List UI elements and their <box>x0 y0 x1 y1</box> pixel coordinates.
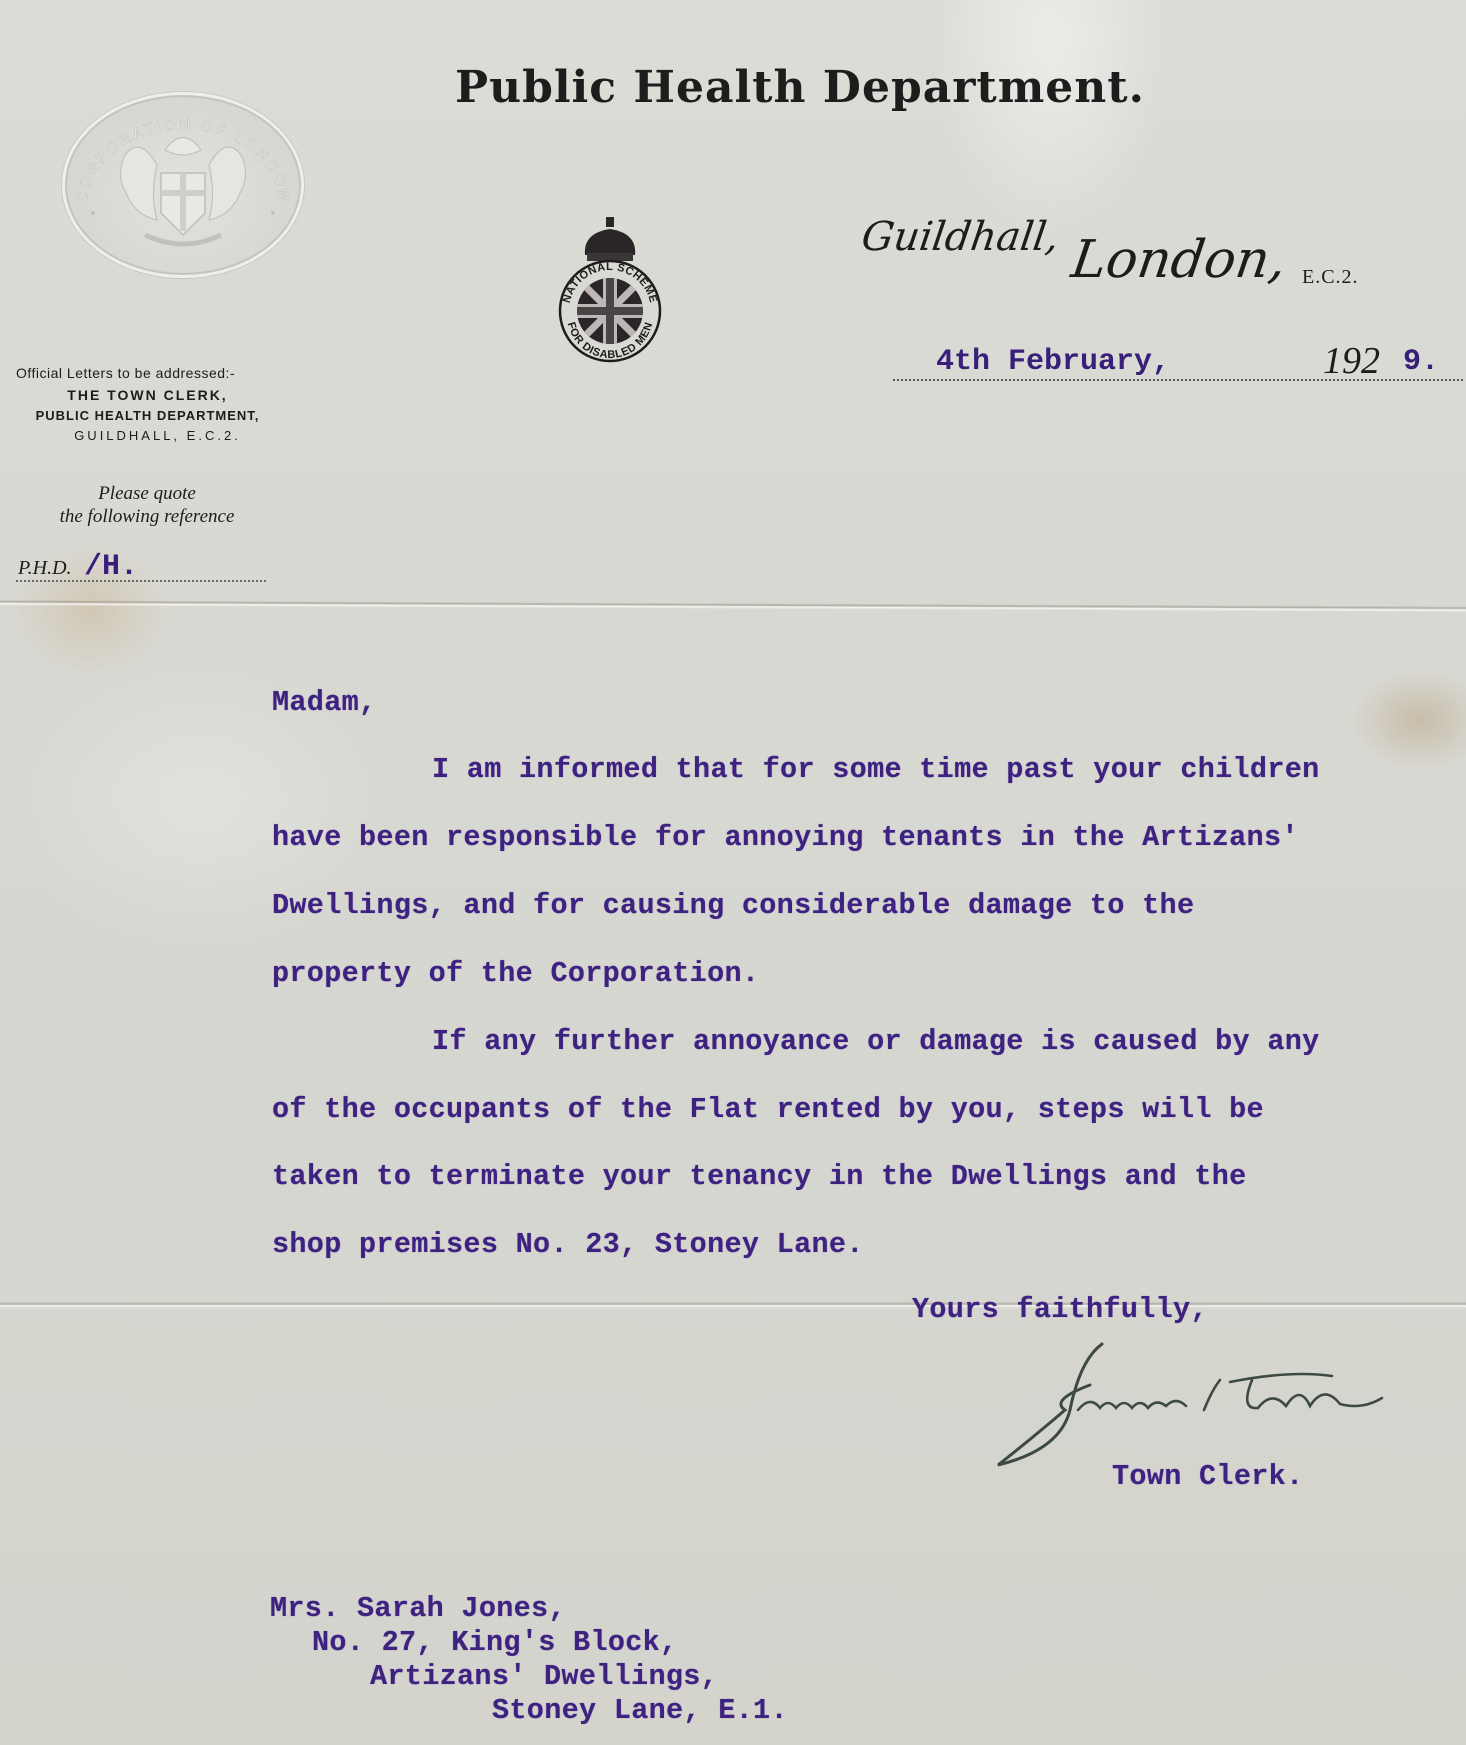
place-london: London, <box>1068 230 1290 290</box>
reference-prompt-line1: Please quote <box>22 482 272 505</box>
place-postal-district: E.C.2. <box>1302 266 1359 289</box>
paragraph2-line: of the occupants of the Flat rented by y… <box>272 1093 1264 1126</box>
address-town-clerk: THE TOWN CLERK, <box>10 387 285 403</box>
national-scheme-badge-icon: NATIONAL SCHEME FOR DISABLED MEN <box>555 215 665 365</box>
recipient-line: Stoney Lane, E.1. <box>492 1694 788 1727</box>
salutation: Madam, <box>272 686 376 719</box>
closing: Yours faithfully, <box>912 1293 1208 1326</box>
date-year-typed: 9. <box>1403 345 1439 379</box>
corporation-seal-icon: CORPORATION OF LONDON <box>62 92 304 278</box>
paragraph2-line: shop premises No. 23, Stoney Lane. <box>272 1228 864 1261</box>
paragraph1-line: property of the Corporation. <box>272 957 759 990</box>
address-instructions: Official Letters to be addressed:- THE T… <box>10 365 285 443</box>
address-instruction-heading: Official Letters to be addressed:- <box>10 365 285 381</box>
reference-line: P.H.D. /H. <box>16 550 266 582</box>
date-day-month: 4th February, <box>936 345 1170 379</box>
department-heading: Public Health Department. <box>455 62 1145 113</box>
fold-crease <box>0 1302 1466 1308</box>
reference-prefix: P.H.D. <box>18 557 72 580</box>
reference-prompt-line2: the following reference <box>22 505 272 528</box>
paragraph2-line: If any further annoyance or damage is ca… <box>272 1025 1320 1058</box>
place-guildhall: Guildhall, <box>859 214 1062 260</box>
paragraph1-line: have been responsible for annoying tenan… <box>272 821 1299 854</box>
recipient-line: Artizans' Dwellings, <box>370 1660 718 1693</box>
date-line: 4th February, 192 9. <box>893 345 1463 381</box>
reference-value: /H. <box>84 550 138 584</box>
address-guildhall: GUILDHALL, E.C.2. <box>10 428 285 443</box>
letterhead-place: Guildhall, London, E.C.2. <box>862 210 1422 300</box>
recipient-line: Mrs. Sarah Jones, <box>270 1592 566 1625</box>
date-year-printed: 192 <box>1323 339 1380 383</box>
signatory-title: Town Clerk. <box>1112 1460 1303 1493</box>
reference-prompt: Please quote the following reference <box>22 482 272 528</box>
address-department: PUBLIC HEALTH DEPARTMENT, <box>10 408 285 423</box>
paragraph1-line: Dwellings, and for causing considerable … <box>272 889 1194 922</box>
paragraph1-line: I am informed that for some time past yo… <box>272 753 1320 786</box>
paragraph2-line: taken to terminate your tenancy in the D… <box>272 1160 1247 1193</box>
recipient-line: No. 27, King's Block, <box>312 1626 677 1659</box>
handwritten-signature: James Bell <box>990 1340 1430 1470</box>
